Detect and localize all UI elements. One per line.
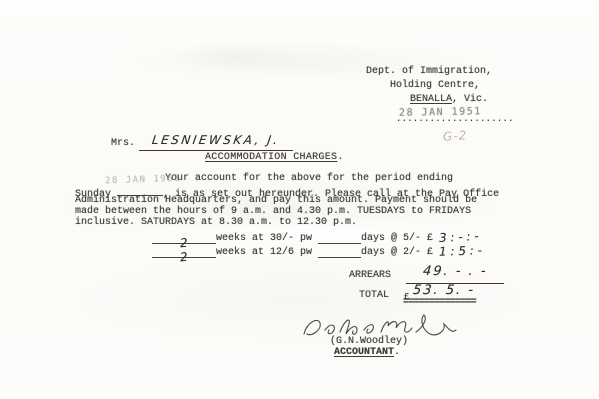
pencil-note: G-2	[443, 128, 468, 144]
signatory-title-line: ACCOUNTANT.	[334, 347, 400, 358]
dotted-line: .....................	[396, 114, 514, 124]
weeks-blank-1: 2	[152, 232, 216, 244]
arrears-label: ARREARS	[349, 270, 391, 281]
currency-1: £	[421, 233, 439, 244]
signatory-title: ACCOUNTANT	[334, 347, 394, 358]
addressee-prefix: Mrs.	[111, 138, 135, 149]
document-page: Dept. of Immigration, Holding Centre, BE…	[0, 0, 599, 399]
letterhead-town-line: BENALLA, Vic.	[410, 94, 488, 105]
heading-period: .	[337, 152, 343, 163]
signatory-title-period: .	[394, 347, 400, 358]
letterhead-department: Dept. of Immigration,	[366, 66, 492, 77]
days-blank-1	[318, 232, 361, 244]
addressee-name-handwritten: LESNIEWSKA, J.	[151, 133, 281, 147]
rate-label-2: weeks at 12/6 pw	[216, 247, 318, 258]
weeks-value-2: 2	[180, 250, 189, 265]
charges-row-2: 2 weeks at 12/6 pw days @ 2/- £ 1 : 5 : …	[152, 244, 482, 258]
arrears-value-line: 49. - . -	[406, 262, 504, 284]
total-label: TOTAL	[359, 290, 389, 301]
total-double-rule: ==============	[403, 297, 476, 308]
rate-label-1: weeks at 30/- pw	[216, 233, 318, 244]
amount-2: 1 : 5 : -	[439, 243, 482, 258]
days-label-2: days @ 2/-	[361, 247, 421, 258]
currency-2: £	[421, 247, 439, 258]
body-line-1: Your account for the above for the perio…	[165, 173, 453, 184]
days-label-1: days @ 5/-	[361, 233, 421, 244]
arrears-value: 49. - . -	[422, 264, 488, 279]
charges-row-1: 2 weeks at 30/- pw days @ 5/- £ 3 : - : …	[152, 230, 479, 244]
letterhead-town: BENALLA	[410, 94, 452, 105]
body-line-3: Administration Headquarters, and pay thi…	[75, 195, 477, 206]
total-value: 53. 5. -	[412, 283, 476, 298]
weeks-blank-2: 2	[152, 246, 216, 258]
signatory-name: (G.N.Woodley)	[330, 336, 408, 347]
letterhead-town-rest: , Vic.	[452, 94, 488, 105]
body-line-5: inclusive. SATURDAYS at 8.30 a.m. to 12.…	[75, 217, 357, 228]
heading-text: ACCOMMODATION CHARGES	[205, 152, 337, 163]
body-line-4: made between the hours of 9 a.m. and 4.3…	[75, 206, 471, 217]
letterhead-centre: Holding Centre,	[390, 80, 480, 91]
document-heading: ACCOMMODATION CHARGES.	[205, 152, 344, 163]
days-blank-2	[318, 246, 361, 258]
addressee-name-line: LESNIEWSKA, J.	[139, 131, 293, 151]
